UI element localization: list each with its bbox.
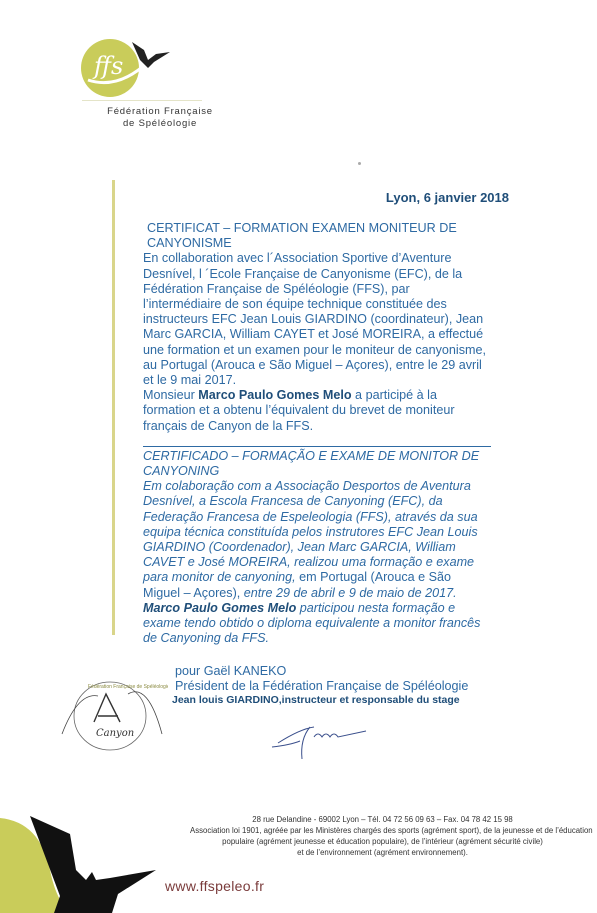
letter-date: Lyon, 6 janvier 2018 xyxy=(386,190,509,205)
accent-bar xyxy=(112,180,115,635)
signature-block: pour Gaël KANEKO Président de la Fédérat… xyxy=(175,664,468,708)
signature-instructor: Jean louis GIARDINO,instructeur et respo… xyxy=(172,693,468,708)
svg-text:Fédération Française de Spéléo: Fédération Française de Spéléologie xyxy=(88,684,168,690)
language-divider xyxy=(143,446,491,447)
scan-speck xyxy=(358,162,361,165)
footer-address: 28 rue Delandine - 69002 Lyon – Tél. 04 … xyxy=(190,814,575,825)
efc-stamp: Canyon Fédération Française de Spéléolog… xyxy=(58,672,168,757)
footer-bat-logo xyxy=(0,800,170,910)
pt-candidate-name: Marco Paulo Gomes Melo xyxy=(143,601,296,615)
organization-name: Fédération Française de Spéléologie xyxy=(90,106,230,130)
org-name-line2: de Spéléologie xyxy=(90,118,230,130)
ffs-logo: ffs xyxy=(78,32,173,102)
letter-body: CERTIFICAT – FORMATION EXAMEN MONITEUR D… xyxy=(143,221,489,646)
portuguese-title: CERTIFICADO – FORMAÇÃO E EXAME DE MONITO… xyxy=(143,449,489,479)
portuguese-paragraph: Em colaboração com a Associação Desporto… xyxy=(143,479,489,601)
pt-paragraph-part3: entre 29 de abril e 9 de maio de 2017. xyxy=(244,586,457,600)
signature-on-behalf: pour Gaël KANEKO xyxy=(175,664,468,679)
signature-title: Président de la Fédération Française de … xyxy=(175,679,468,694)
org-name-line1: Fédération Française xyxy=(90,106,230,118)
footer-agreements: populaire (agrément jeunesse et éducatio… xyxy=(190,836,575,847)
handwritten-signature xyxy=(270,715,370,765)
result-prefix: Monsieur xyxy=(143,388,198,402)
french-title: CERTIFICAT – FORMATION EXAMEN MONITEUR D… xyxy=(143,221,489,251)
footer-legal: 28 rue Delandine - 69002 Lyon – Tél. 04 … xyxy=(190,814,575,858)
french-result: Monsieur Marco Paulo Gomes Melo a partic… xyxy=(143,388,489,434)
svg-text:Canyon: Canyon xyxy=(96,728,134,739)
svg-text:ffs: ffs xyxy=(92,52,123,80)
website-link[interactable]: www.ffspeleo.fr xyxy=(165,878,264,894)
footer-environment: et de l’environnement (agrément environn… xyxy=(190,847,575,858)
footer-association: Association loi 1901, agréée par les Min… xyxy=(190,825,575,836)
logo-divider xyxy=(82,100,202,101)
pt-paragraph-part1: Em colaboração com a Associação Desporto… xyxy=(143,479,478,584)
french-paragraph: En collaboration avec l´Association Spor… xyxy=(143,251,489,388)
candidate-name: Marco Paulo Gomes Melo xyxy=(198,388,351,402)
portuguese-result: Marco Paulo Gomes Melo participou nesta … xyxy=(143,601,489,647)
